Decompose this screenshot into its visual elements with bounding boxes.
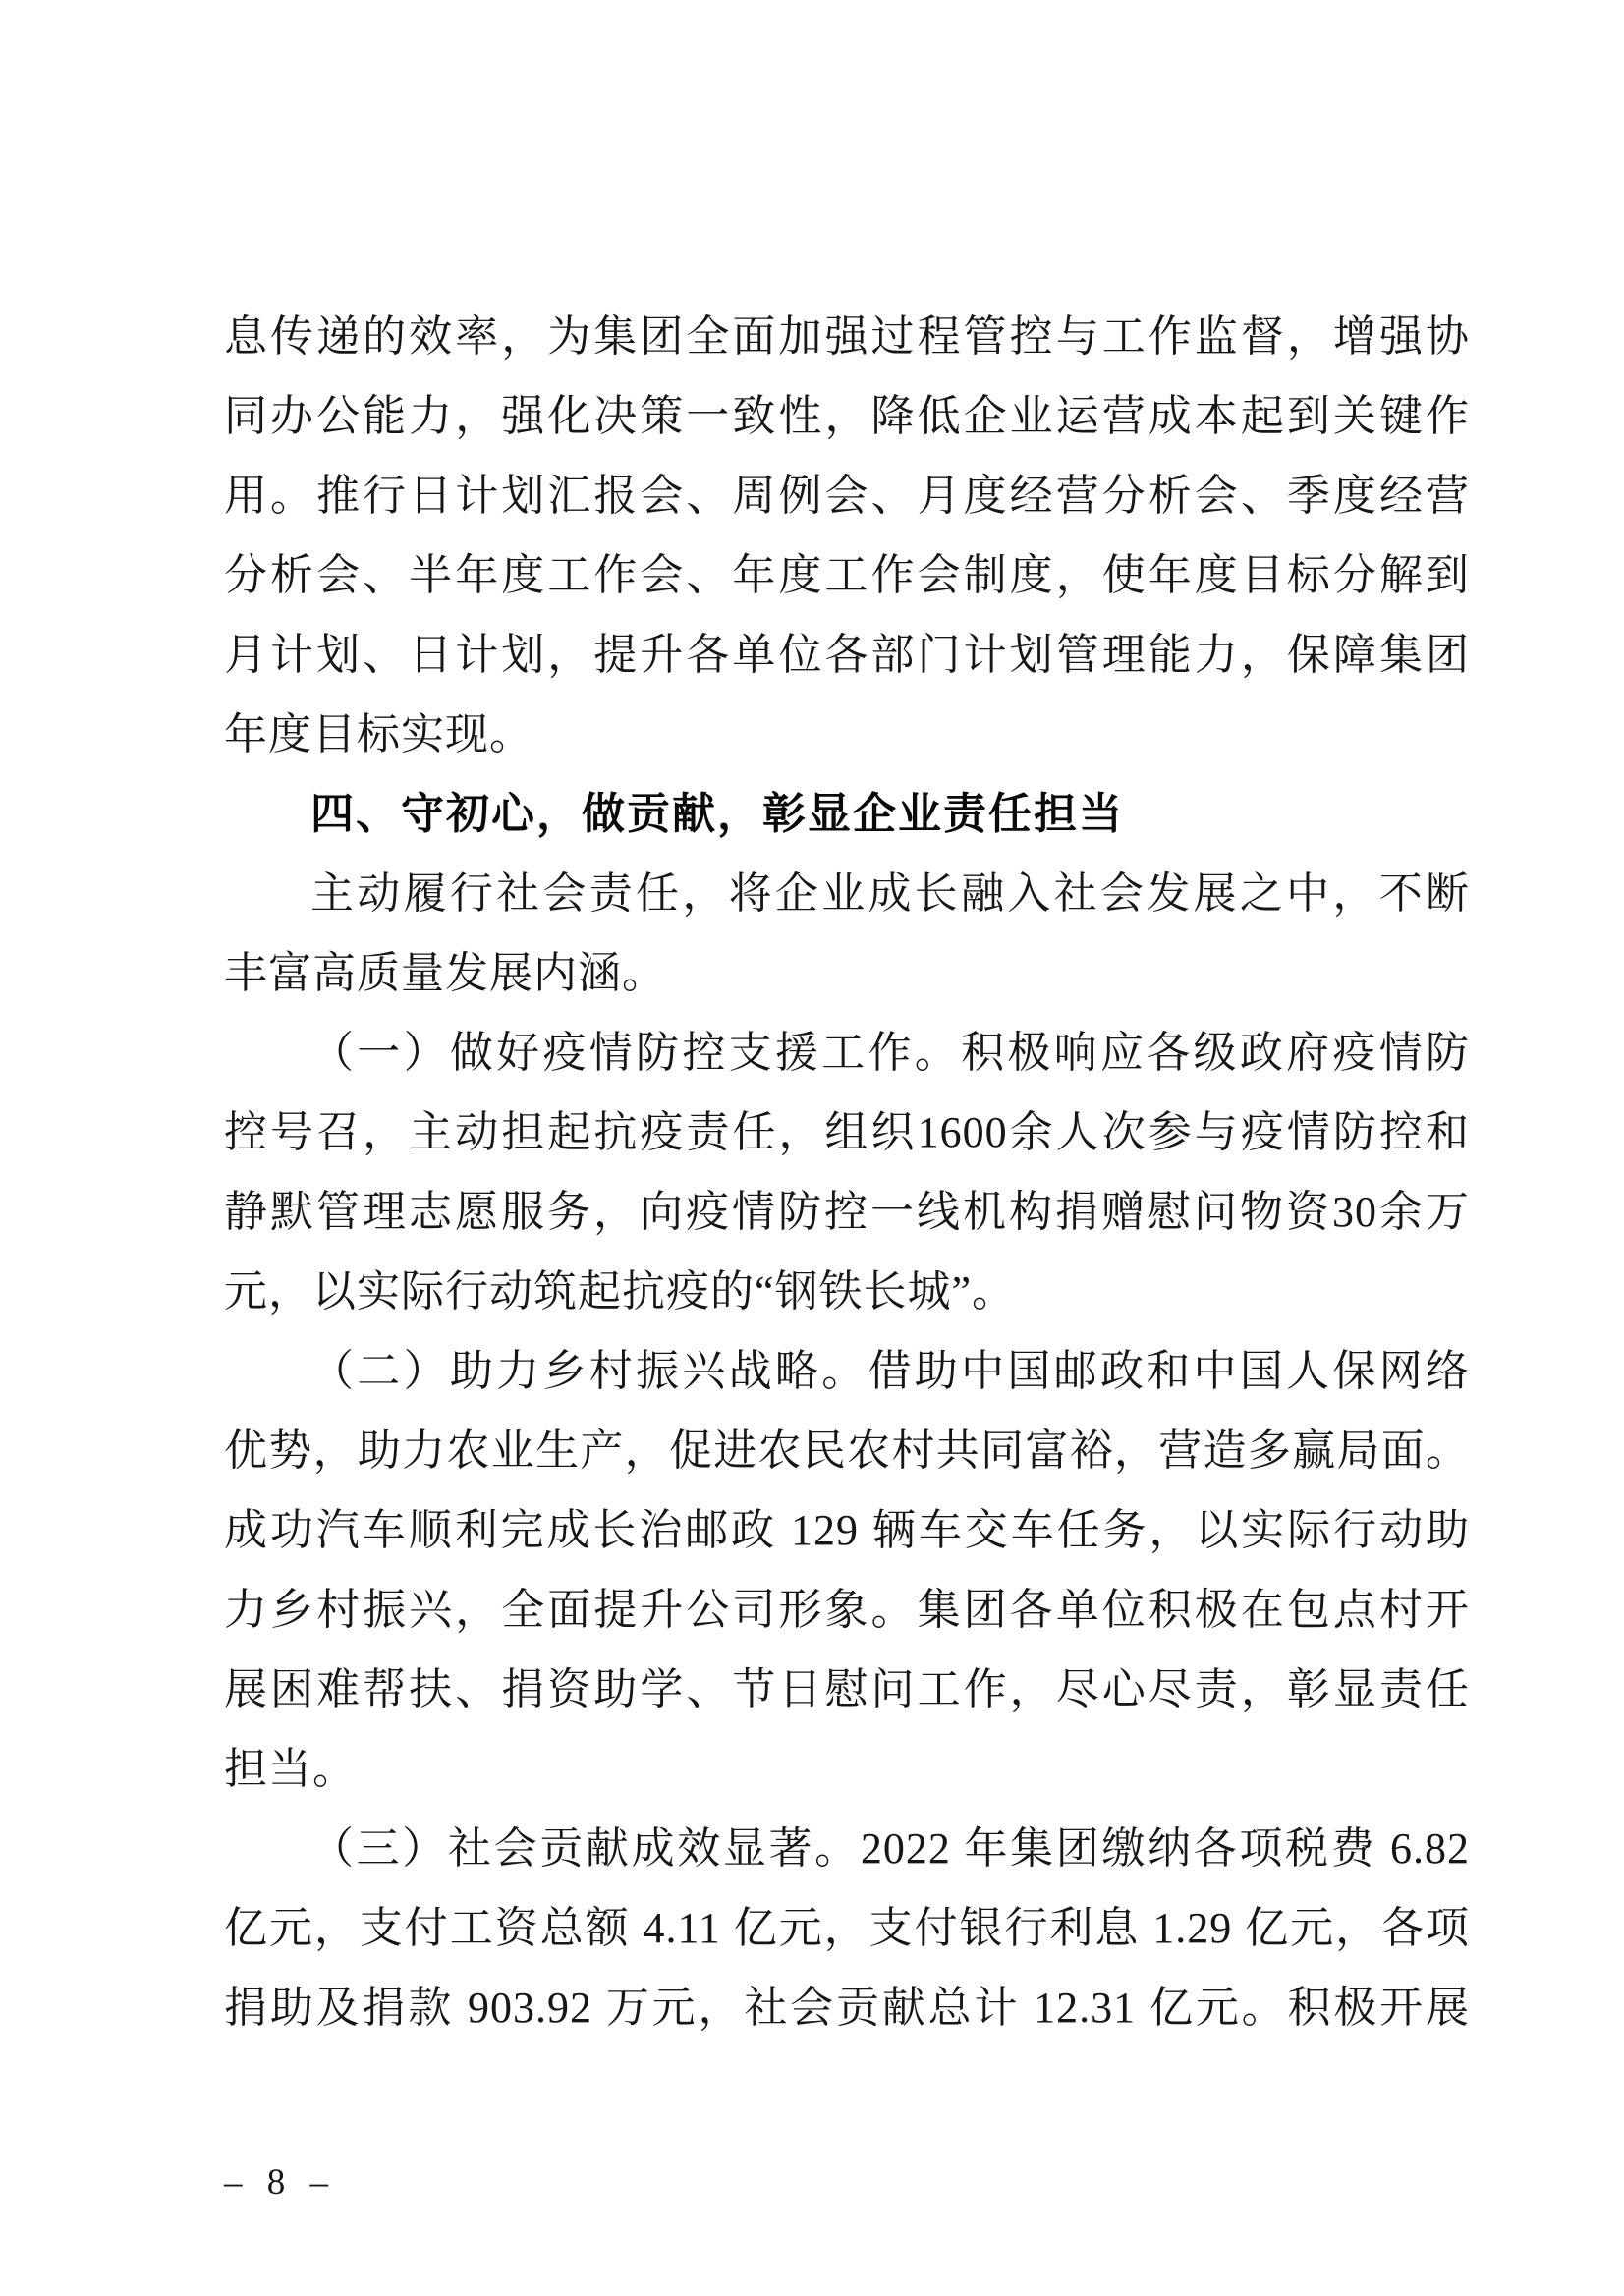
body-line: 优势，助力农业生产，促进农民农村共同富裕，营造多赢局面。	[224, 1411, 1470, 1490]
text-segment: 亿元，支付工资总额	[224, 1904, 643, 1952]
body-line: 成功汽车顺利完成长治邮政 129 辆车交车任务，以实际行动助	[224, 1490, 1470, 1570]
body-line: 主动履行社会责任，将企业成长融入社会发展之中，不断	[224, 854, 1470, 933]
body-line: 年度目标实现。	[224, 695, 1470, 774]
body-line: 控号召，主动担起抗疫责任，组织1600余人次参与疫情防控和	[224, 1092, 1470, 1172]
numeric-value: 30	[1332, 1188, 1377, 1236]
item-lead-in: （三）社会贡献成效显著。	[310, 1824, 861, 1873]
item-lead-in: （二）助力乡村振兴战略。	[310, 1347, 868, 1395]
page-number: – 8 –	[224, 2161, 336, 2205]
body-line: 静默管理志愿服务，向疫情防控一线机构捐赠慰问物资30余万	[224, 1172, 1470, 1252]
text-segment: 亿元，支付银行利息	[721, 1904, 1152, 1952]
item-lead-in: （一）做好疫情防控支援工作。	[310, 1029, 961, 1077]
text-segment: 借助中国邮政和中国人保网络	[868, 1347, 1471, 1395]
text-segment: 余人次参与疫情防控和	[1008, 1108, 1470, 1156]
text-segment: 万元，社会贡献总计	[592, 1984, 1034, 2032]
body-line: 亿元，支付工资总额 4.11 亿元，支付银行利息 1.29 亿元，各项	[224, 1888, 1470, 1968]
body-line-item-1: （一）做好疫情防控支援工作。积极响应各级政府疫情防	[224, 1013, 1470, 1092]
body-line: 元，以实际行动筑起抗疫的“钢铁长城”。	[224, 1252, 1470, 1331]
text-segment: 静默管理志愿服务，向疫情防控一线机构捐赠慰问物资	[224, 1188, 1332, 1236]
document-body: 息传递的效率，为集团全面加强过程管控与工作监督，增强协 同办公能力，强化决策一致…	[224, 297, 1470, 2047]
text-segment: 年集团缴纳各项税费	[951, 1824, 1390, 1873]
text-segment: 辆车交车任务，以实际行动助	[859, 1506, 1470, 1554]
numeric-value: 4.11	[643, 1904, 720, 1952]
numeric-value: 2022	[861, 1824, 951, 1873]
body-line: 息传递的效率，为集团全面加强过程管控与工作监督，增强协	[224, 297, 1470, 376]
numeric-value: 1600	[918, 1108, 1008, 1156]
body-line: 担当。	[224, 1729, 1470, 1809]
text-segment: 成功汽车顺利完成长治邮政	[224, 1506, 791, 1554]
text-segment: 积极响应各级政府疫情防	[961, 1029, 1470, 1077]
text-segment: 捐助及捐款	[224, 1984, 468, 2032]
text-segment: 控号召，主动担起抗疫责任，组织	[224, 1108, 918, 1156]
body-line: 同办公能力，强化决策一致性，降低企业运营成本起到关键作	[224, 376, 1470, 456]
body-line: 捐助及捐款 903.92 万元，社会贡献总计 12.31 亿元。积极开展	[224, 1968, 1470, 2047]
section-heading: 四、守初心，做贡献，彰显企业责任担当	[224, 774, 1470, 854]
body-line: 用。推行日计划汇报会、周例会、月度经营分析会、季度经营	[224, 456, 1470, 535]
body-line: 力乡村振兴，全面提升公司形象。集团各单位积极在包点村开	[224, 1570, 1470, 1650]
body-line: 丰富高质量发展内涵。	[224, 933, 1470, 1013]
body-line: 月计划、日计划，提升各单位各部门计划管理能力，保障集团	[224, 615, 1470, 695]
numeric-value: 1.29	[1152, 1904, 1232, 1952]
body-line: 展困难帮扶、捐资助学、节日慰问工作，尽心尽责，彰显责任	[224, 1650, 1470, 1729]
body-line: 分析会、半年度工作会、年度工作会制度，使年度目标分解到	[224, 535, 1470, 615]
body-line-item-2: （二）助力乡村振兴战略。借助中国邮政和中国人保网络	[224, 1331, 1470, 1411]
text-segment: 亿元，各项	[1232, 1904, 1470, 1952]
numeric-value: 12.31	[1034, 1984, 1136, 2032]
text-segment: 亿元。积极开展	[1136, 1984, 1470, 2032]
numeric-value: 6.82	[1390, 1824, 1470, 1873]
body-line-item-3: （三）社会贡献成效显著。2022 年集团缴纳各项税费 6.82	[224, 1809, 1470, 1888]
text-segment: 余万	[1377, 1188, 1470, 1236]
document-page: 息传递的效率，为集团全面加强过程管控与工作监督，增强协 同办公能力，强化决策一致…	[0, 0, 1624, 2296]
numeric-value: 903.92	[468, 1984, 592, 2032]
numeric-value: 129	[791, 1506, 859, 1554]
